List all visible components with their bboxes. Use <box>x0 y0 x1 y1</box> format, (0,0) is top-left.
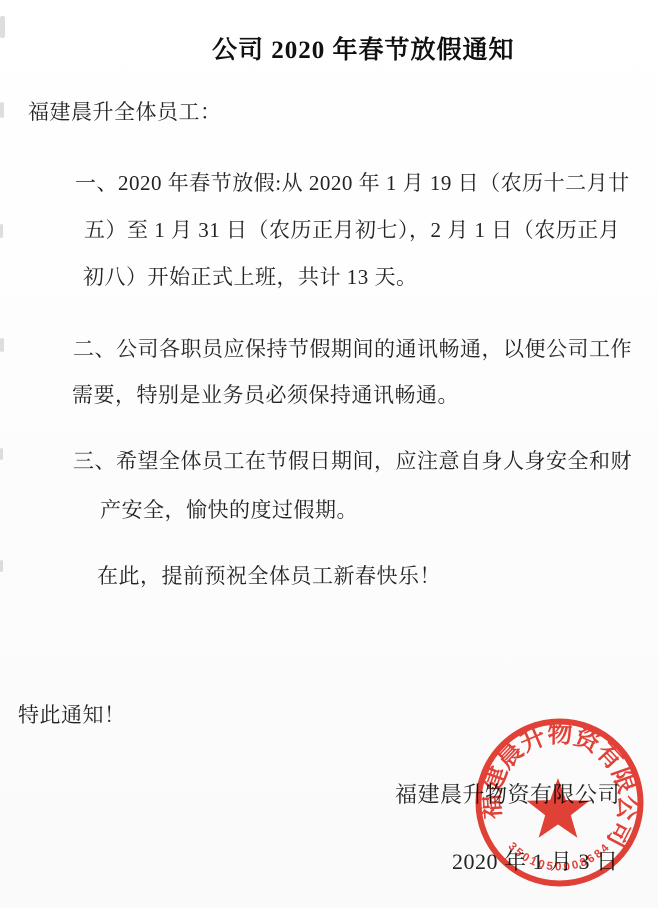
company-seal: 福建晨升物资有限公司 3501050008684 <box>472 718 648 896</box>
paragraph-3-line-1: 三、希望全体员工在节假日期间，应注意自身人身安全和财 <box>73 445 632 475</box>
company-seal-graphic: 福建晨升物资有限公司 3501050008684 <box>472 718 648 896</box>
seal-number-text: 3501050008684 <box>506 840 614 873</box>
scan-artifact <box>0 448 3 460</box>
scan-artifact <box>0 224 3 238</box>
greeting-line: 福建晨升全体员工： <box>28 96 222 126</box>
notice-document: 公司 2020 年春节放假通知 福建晨升全体员工： 一、2020 年春节放假:从… <box>0 0 658 908</box>
paragraph-1-line-1: 一、2020 年春节放假:从 2020 年 1 月 19 日（农历十二月廿 <box>75 167 630 197</box>
paragraph-2-line-2: 需要，特别是业务员必须保持通讯畅通。 <box>72 379 459 409</box>
closing-line: 特此通知！ <box>18 699 126 729</box>
paragraph-1-line-3: 初八）开始正式上班，共计 13 天。 <box>83 261 418 291</box>
seal-star-icon <box>527 778 590 838</box>
scan-artifact <box>0 560 3 572</box>
paragraph-3-line-2: 产安全，愉快的度过假期。 <box>100 494 358 524</box>
scan-artifact <box>0 338 4 352</box>
scan-artifact <box>0 16 5 38</box>
scan-artifact <box>0 102 4 118</box>
paragraph-1-line-2: 五）至 1 月 31 日（农历正月初七），2 月 1 日（农历正月 <box>84 214 620 244</box>
wish-line: 在此，提前预祝全体员工新春快乐！ <box>97 560 441 590</box>
paragraph-2-line-1: 二、公司各职员应保持节假期间的通讯畅通，以便公司工作 <box>73 333 632 363</box>
document-title: 公司 2020 年春节放假通知 <box>212 30 515 66</box>
